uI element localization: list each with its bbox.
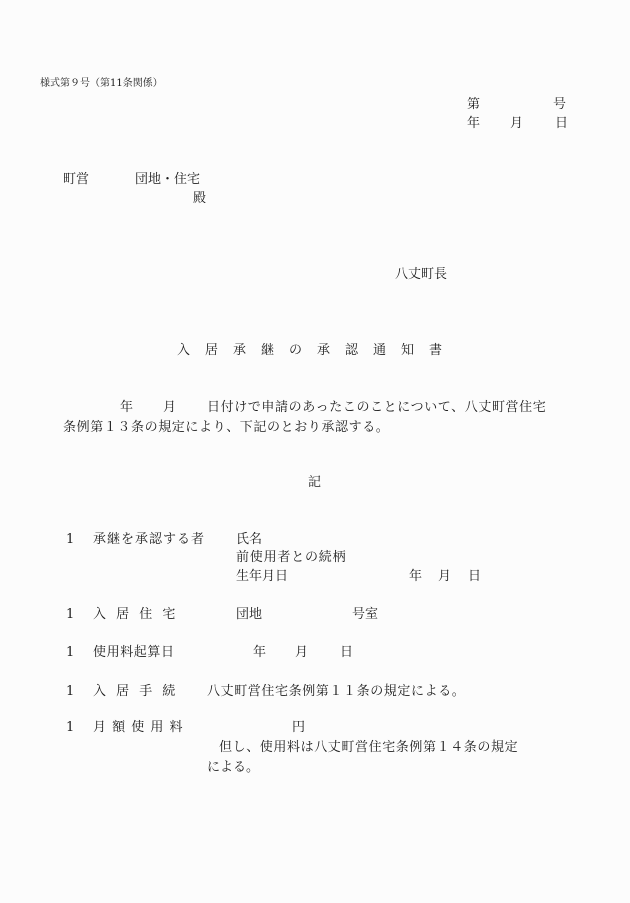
item-number: 1	[66, 720, 74, 736]
number-prefix: 第	[467, 97, 480, 113]
addressee-suffix: 団地・住宅	[135, 172, 200, 188]
addressee-prefix: 町営	[63, 172, 89, 188]
ki-marker: 記	[308, 475, 321, 491]
item-label: 承継を承認する者	[93, 532, 205, 548]
number-suffix: 号	[553, 97, 566, 113]
date-day: 日	[555, 116, 568, 132]
body-line2: 条例第１３条の規定により、下記のとおり承認する。	[63, 420, 389, 436]
housing-complex: 団地	[236, 607, 262, 623]
field-relationship: 前使用者との続柄	[236, 550, 346, 566]
item-label: 入 居 手 続	[93, 684, 178, 700]
item-number: 1	[66, 607, 74, 623]
rent-note-line2: による。	[207, 760, 259, 776]
document-title: 入居承継の承認通知書	[177, 343, 457, 359]
start-date-day: 日	[340, 645, 353, 661]
form-label: 様式第９号（第11条関係）	[40, 78, 163, 90]
yen-unit: 円	[292, 720, 305, 736]
item-number: 1	[66, 684, 74, 700]
addressee-honorific: 殿	[193, 191, 206, 207]
birthdate-month: 月	[438, 569, 451, 585]
birthdate-year: 年	[409, 569, 422, 585]
start-date-year: 年	[253, 645, 266, 661]
room-number: 号室	[352, 607, 378, 623]
item-label: 入 居 住 宅	[93, 607, 178, 623]
issuer: 八丈町長	[395, 267, 447, 283]
item-number: 1	[66, 645, 74, 661]
field-birthdate: 生年月日	[236, 569, 288, 585]
rent-note-line1: 但し、使用料は八丈町営住宅条例第１４条の規定	[219, 740, 518, 756]
procedure-text: 八丈町営住宅条例第１１条の規定による。	[207, 684, 465, 700]
item-label: 月 額 使 用 料	[93, 720, 184, 736]
body-line1: 日付けで申請のあったこのことについて、八丈町営住宅	[207, 400, 546, 416]
birthdate-day: 日	[468, 569, 481, 585]
field-name: 氏名	[236, 532, 262, 548]
body-year: 年	[120, 400, 133, 416]
date-year: 年	[467, 116, 480, 132]
date-month: 月	[510, 116, 523, 132]
body-month: 月	[163, 400, 176, 416]
start-date-month: 月	[295, 645, 308, 661]
item-number: 1	[66, 532, 74, 548]
item-label: 使用料起算日	[93, 645, 175, 661]
